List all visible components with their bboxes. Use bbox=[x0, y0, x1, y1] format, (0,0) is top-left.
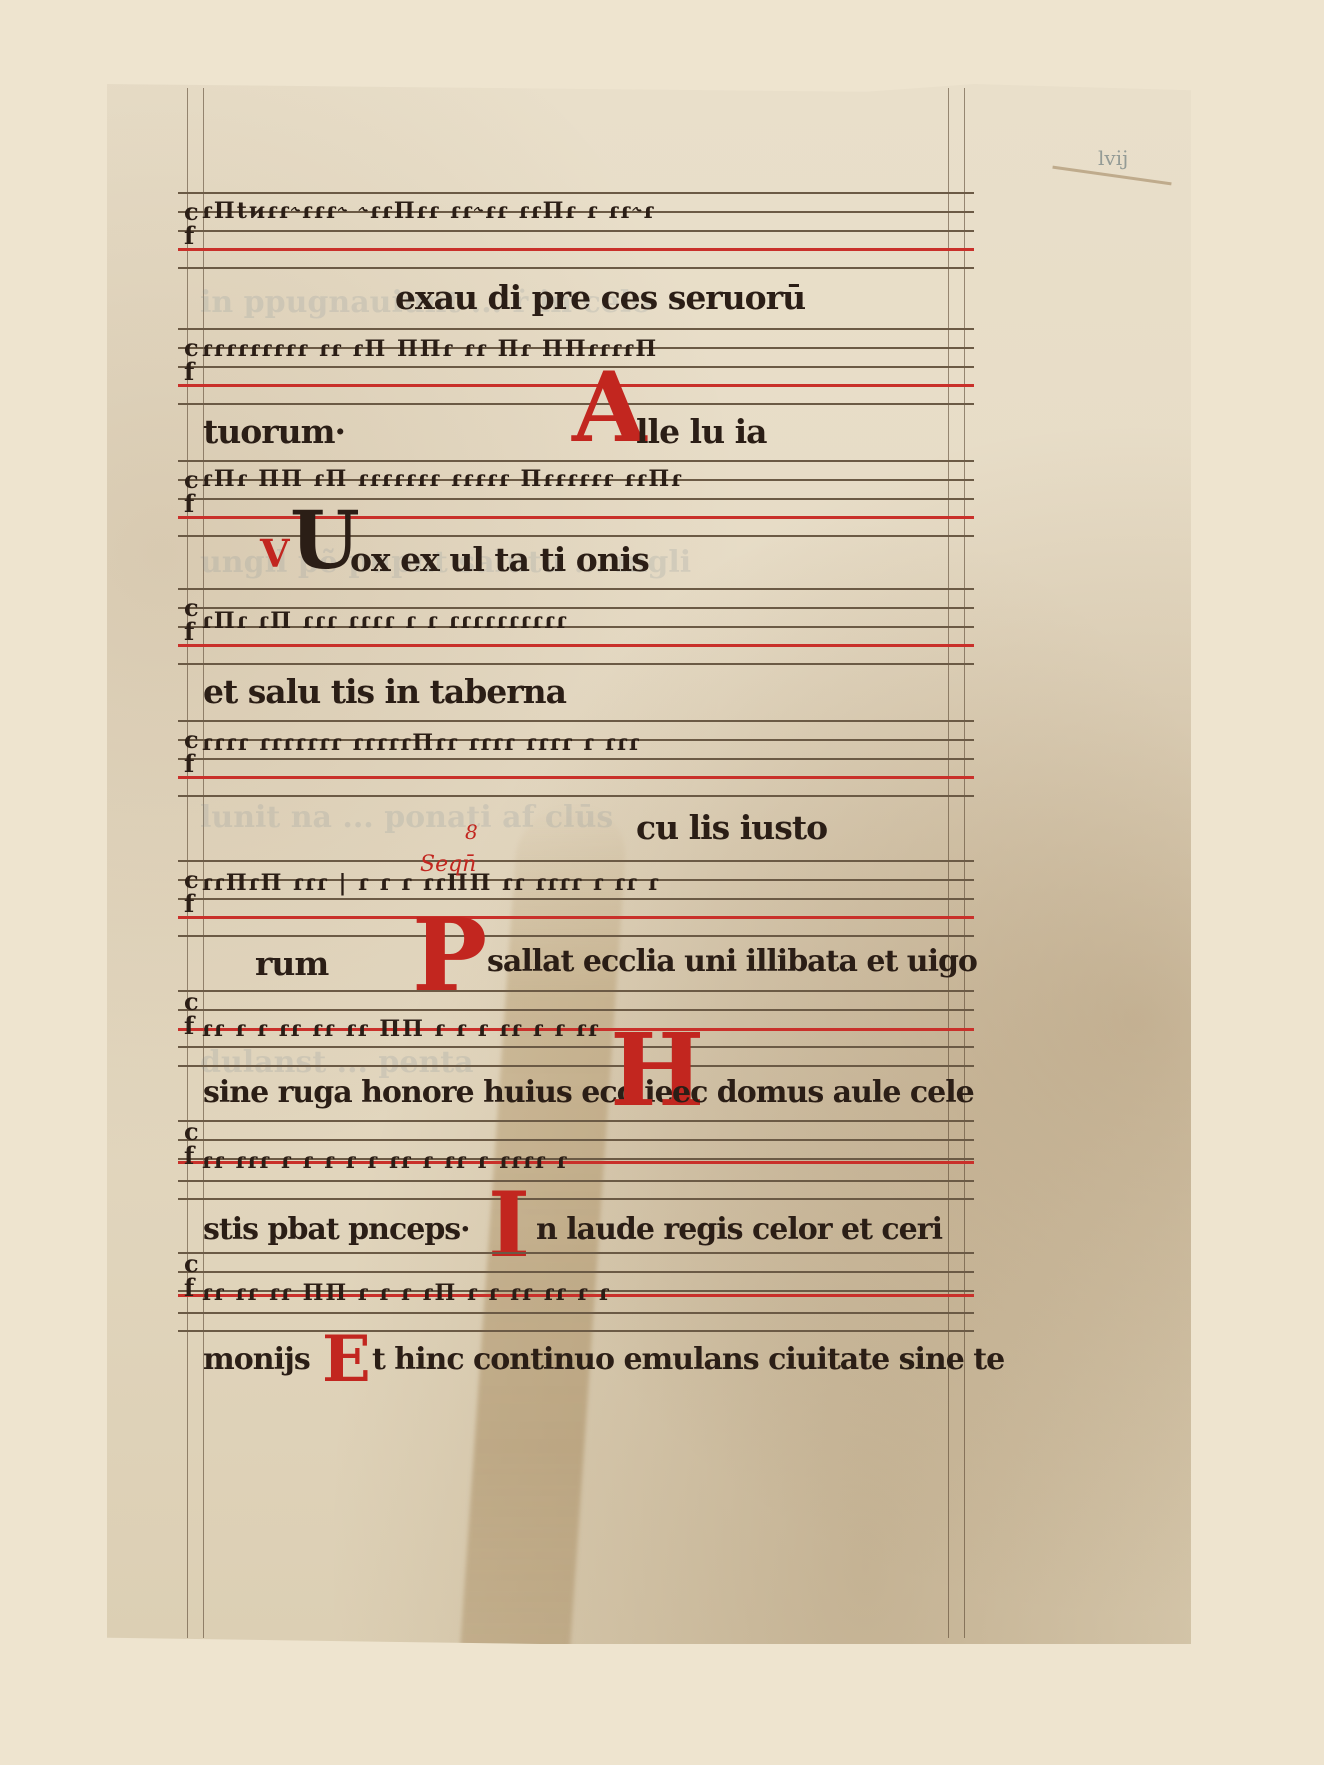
music-staff-9: c f ɾɾ ɾɾ ɾɾ ΠΠ ɾ ɾ ɾ ɾΠ ɾ ɾ ɾɾ ɾɾ ɾ ɾ bbox=[186, 1252, 966, 1422]
rubric-sequence: Seqn̄ bbox=[420, 852, 476, 877]
verse-mark: V bbox=[260, 535, 289, 573]
lyric-line-6-start: rum bbox=[255, 944, 328, 983]
lyric-line-2: tuorum· bbox=[203, 412, 345, 451]
lyric-line-6: sallat ecclia uni illibata et uigo bbox=[487, 944, 977, 979]
clef-marks: c f bbox=[184, 336, 196, 384]
lyric-line-9: monijs bbox=[203, 1342, 310, 1377]
clef-marks: c f bbox=[184, 868, 196, 916]
lyric-line-7-cont: ec domus aule cele bbox=[672, 1075, 974, 1110]
lyric-line-9-cont: t hinc continuo emulans ciuitate sine te bbox=[372, 1342, 1004, 1377]
lyric-line-8-cont: n laude regis celor et ceri bbox=[536, 1212, 942, 1247]
lyric-line-3: ox ex ul ta ti onis bbox=[350, 540, 649, 579]
clef-marks: c f bbox=[184, 596, 196, 644]
lyric-line-1: exau di pre ces seruorū bbox=[395, 278, 805, 317]
clef-marks: c f bbox=[184, 1252, 196, 1300]
folio-number: lvij bbox=[1098, 146, 1128, 170]
clef-marks: c f bbox=[184, 1120, 196, 1168]
lyric-line-4: et salu tis in taberna bbox=[203, 672, 566, 711]
clef-marks: c f bbox=[184, 728, 196, 776]
lyric-line-5: cu lis iusto bbox=[636, 808, 827, 847]
clef-marks: c f bbox=[184, 990, 196, 1038]
lyric-line-8: stis pbat pnceps· bbox=[203, 1212, 470, 1247]
initial-E: E bbox=[322, 1328, 371, 1392]
clef-marks: c f bbox=[184, 468, 196, 516]
clef-marks: c f bbox=[184, 200, 196, 248]
lyric-line-2-cont: lle lu ia bbox=[636, 412, 767, 451]
rubric-mark: 8 bbox=[465, 820, 478, 844]
